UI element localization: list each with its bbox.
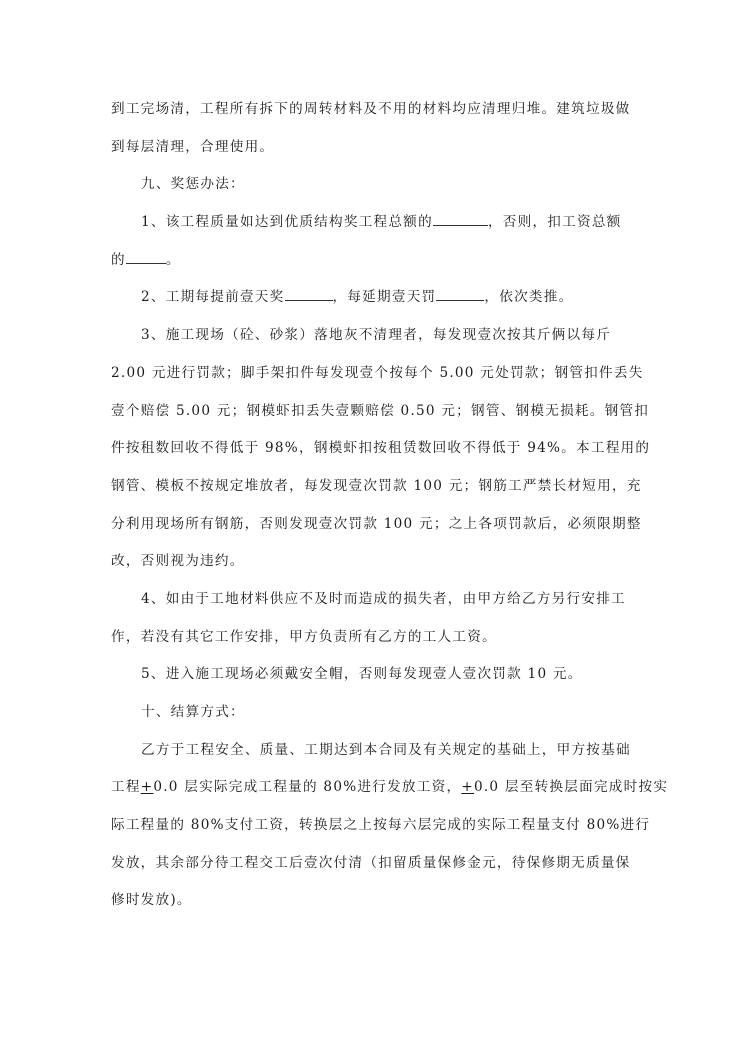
fill-in-blank[interactable] [126, 249, 166, 264]
reward-item-3-line: 2.00 元进行罚款；脚手架扣件每发现壹个按每个 5.00 元处罚款；钢管扣件丢… [111, 360, 635, 398]
item-text: ，否则，扣工资总额 [488, 214, 622, 230]
fill-in-blank[interactable] [436, 286, 484, 301]
paragraph-line: 到每层清理，合理使用。 [111, 134, 635, 172]
item-text: 2、工期每提前壹天奖 [141, 289, 285, 305]
fill-in-blank[interactable] [285, 286, 333, 301]
reward-item-3-line: 钢管、模板不按规定堆放者，每发现壹次罚款 100 元；钢筋工严禁长材短用，充 [111, 473, 635, 511]
reward-item-3-line: 分利用现场所有钢筋，否则发现壹次罚款 100 元；之上各项罚款后，必须限期整 [111, 511, 635, 549]
reward-item-1-line-2: 的。 [111, 247, 635, 285]
reward-item-3-line: 件按租数回收不得低于 98%，钢模虾扣按租赁数回收不得低于 94%。本工程用的 [111, 435, 635, 473]
settlement-line: 工程+0.0 层实际完成工程量的 80%进行发放工资，+0.0 层至转换层面完成… [111, 774, 635, 812]
settlement-line: 乙方于工程安全、质量、工期达到本合同及有关规定的基础上，甲方按基础 [111, 737, 635, 775]
reward-item-1-line-1: 1、该工程质量如达到优质结构奖工程总额的，否则，扣工资总额 [111, 209, 635, 247]
settlement-line: 际工程量的 80%支付工资，转换层之上按每六层完成的实际工程量支付 80%进行 [111, 812, 635, 850]
reward-item-2: 2、工期每提前壹天奖，每延期壹天罚，依次类推。 [111, 284, 635, 322]
paragraph-line: 到工完场清，工程所有拆下的周转材料及不用的材料均应清理归堆。建筑垃圾做 [111, 96, 635, 134]
settlement-text: 工程 [111, 779, 141, 795]
settlement-text: 0.0 层至转换层面完成时按实 [474, 779, 668, 795]
item-text: 1、该工程质量如达到优质结构奖工程总额的 [141, 214, 433, 230]
settlement-text: 0.0 层实际完成工程量的 80%进行发放工资， [153, 779, 461, 795]
reward-item-5: 5、进入施工现场必须戴安全帽，否则每发现壹人壹次罚款 10 元。 [111, 661, 635, 699]
item-text: 。 [166, 252, 181, 268]
settlement-line: 修时发放)。 [111, 887, 635, 925]
plus-minus-sign: + [461, 779, 474, 795]
reward-item-3-line: 改，否则视为违约。 [111, 548, 635, 586]
reward-item-3-line: 壹个赔偿 5.00 元；钢模虾扣丢失壹颗赔偿 0.50 元；钢管、钢模无损耗。钢… [111, 398, 635, 436]
section-heading-10: 十、结算方式： [111, 699, 635, 737]
document-page: 到工完场清，工程所有拆下的周转材料及不用的材料均应清理归堆。建筑垃圾做 到每层清… [111, 96, 635, 925]
plus-minus-sign: + [141, 779, 154, 795]
fill-in-blank[interactable] [433, 211, 488, 226]
reward-item-3-line: 3、施工现场（砼、砂浆）落地灰不清理者，每发现壹次按其斤俩以每斤 [111, 322, 635, 360]
section-heading-9: 九、奖惩办法： [111, 171, 635, 209]
item-text: ，每延期壹天罚 [333, 289, 437, 305]
item-text: ，依次类推。 [484, 289, 573, 305]
reward-item-4-line: 作，若没有其它工作安排，甲方负责所有乙方的工人工资。 [111, 624, 635, 662]
reward-item-4-line: 4、如由于工地材料供应不及时而造成的损失者，由甲方给乙方另行安排工 [111, 586, 635, 624]
settlement-line: 发放，其余部分待工程交工后壹次付清（扣留质量保修金元，待保修期无质量保 [111, 850, 635, 888]
item-text: 的 [111, 252, 126, 268]
